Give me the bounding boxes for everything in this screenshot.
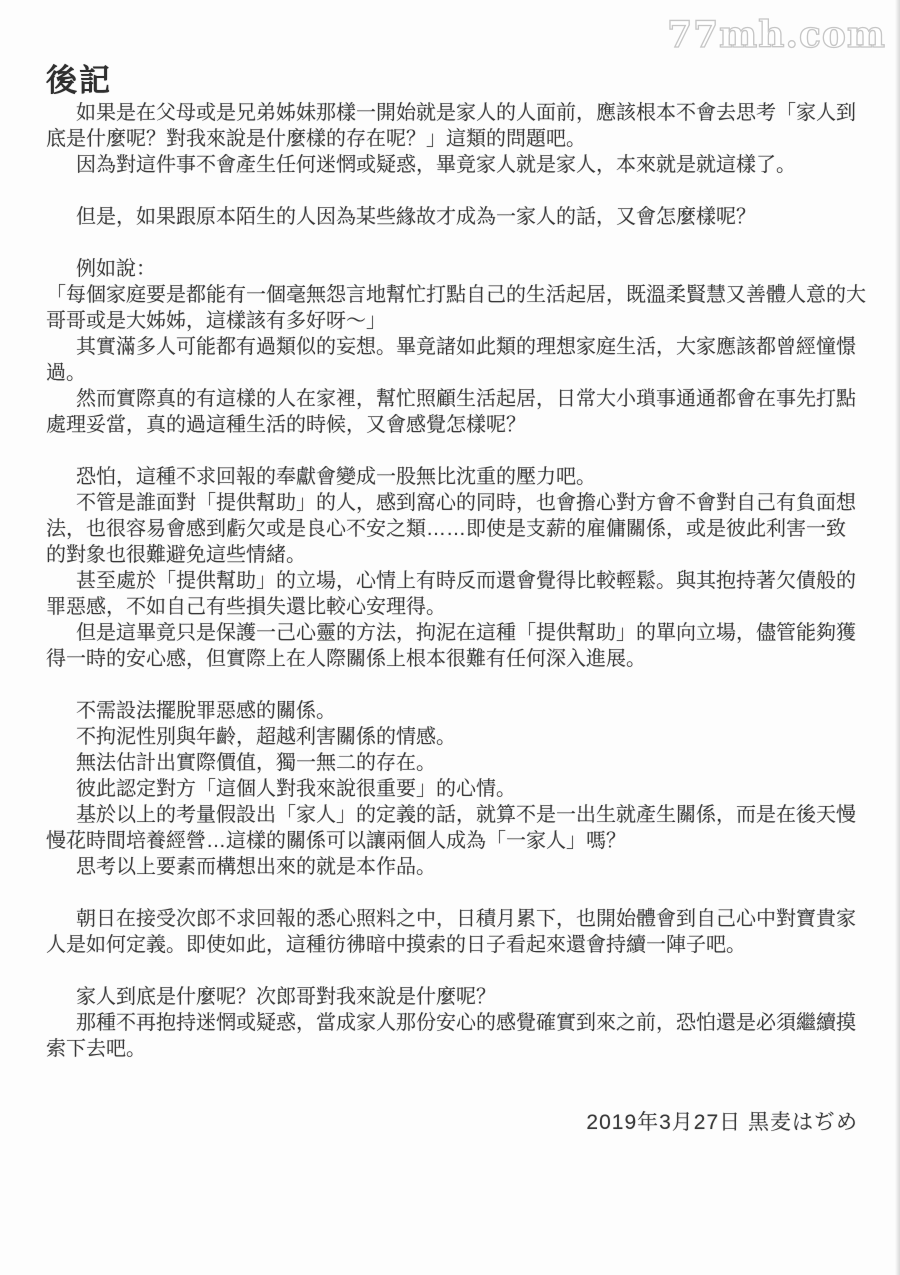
text-line: 哥哥或是大姊姊，這樣該有多好呀～」 xyxy=(46,308,864,334)
text-line: 甚至處於「提供幫助」的立場，心情上有時反而還會覺得比較輕鬆。與其抱持著欠債般的 xyxy=(46,568,864,594)
paragraph-block: 家人到底是什麼呢？次郎哥對我來說是什麼呢？那種不再抱持迷惘或疑惑，當成家人那份安… xyxy=(46,984,864,1062)
text-line: 基於以上的考量假設出「家人」的定義的話，就算不是一出生就產生關係，而是在後天慢 xyxy=(46,802,864,828)
text-line: 索下去吧。 xyxy=(46,1036,864,1062)
text-line: 得一時的安心感，但實際上在人際關係上根本很難有任何深入進展。 xyxy=(46,646,864,672)
paragraph-block: 朝日在接受次郎不求回報的悉心照料之中，日積月累下，也開始體會到自己心中對寶貴家人… xyxy=(46,906,864,958)
text-line: 朝日在接受次郎不求回報的悉心照料之中，日積月累下，也開始體會到自己心中對寶貴家 xyxy=(46,906,864,932)
text-line: 因為對這件事不會產生任何迷惘或疑惑，畢竟家人就是家人，本來就是就這樣了。 xyxy=(46,152,864,178)
text-line: 然而實際真的有這樣的人在家裡，幫忙照顧生活起居，日常大小瑣事通通都會在事先打點 xyxy=(46,386,864,412)
text-line: 處理妥當，真的過這種生活的時候，又會感覺怎樣呢？ xyxy=(46,412,864,438)
page-title: 後記 xyxy=(46,55,112,100)
paragraph-block: 恐怕，這種不求回報的奉獻會變成一股無比沈重的壓力吧。不管是誰面對「提供幫助」的人… xyxy=(46,464,864,672)
text-line: 但是這畢竟只是保護一己心靈的方法，拘泥在這種「提供幫助」的單向立場，儘管能夠獲 xyxy=(46,620,864,646)
text-line: 底是什麼呢？對我來說是什麼樣的存在呢？」這類的問題吧。 xyxy=(46,126,864,152)
text-line: 的對象也很難避免這些情緒。 xyxy=(46,542,864,568)
text-line: 人是如何定義。即使如此，這種彷彿暗中摸索的日子看起來還會持續一陣子吧。 xyxy=(46,932,864,958)
text-line: 家人到底是什麼呢？次郎哥對我來說是什麼呢？ xyxy=(46,984,864,1010)
text-blocks: 如果是在父母或是兄弟姊妹那樣一開始就是家人的人面前，應該根本不會去思考「家人到底… xyxy=(46,100,864,1088)
paragraph-block: 不需設法擺脫罪惡感的關係。不拘泥性別與年齡，超越利害關係的情感。無法估計出實際價… xyxy=(46,698,864,880)
text-line: 「每個家庭要是都能有一個毫無怨言地幫忙打點自己的生活起居，既溫柔賢慧又善體人意的… xyxy=(46,282,864,308)
signature: 2019年3月27日 黒麦はぢめ xyxy=(586,1106,858,1136)
text-line: 恐怕，這種不求回報的奉獻會變成一股無比沈重的壓力吧。 xyxy=(46,464,864,490)
text-line: 不拘泥性別與年齡，超越利害關係的情感。 xyxy=(46,724,864,750)
afterword-page: 77mh.com 後記 如果是在父母或是兄弟姊妹那樣一開始就是家人的人面前，應該… xyxy=(0,0,900,1275)
text-line: 慢花時間培養經營…這樣的關係可以讓兩個人成為「一家人」嗎？ xyxy=(46,828,864,854)
text-line: 但是，如果跟原本陌生的人因為某些緣故才成為一家人的話，又會怎麼樣呢？ xyxy=(46,204,864,230)
paragraph-block: 但是，如果跟原本陌生的人因為某些緣故才成為一家人的話，又會怎麼樣呢？ xyxy=(46,204,864,230)
text-line: 例如說： xyxy=(46,256,864,282)
text-line: 過。 xyxy=(46,360,864,386)
text-line: 罪惡感，不如自己有些損失還比較心安理得。 xyxy=(46,594,864,620)
paragraph-block: 例如說：「每個家庭要是都能有一個毫無怨言地幫忙打點自己的生活起居，既溫柔賢慧又善… xyxy=(46,256,864,438)
text-line: 不需設法擺脫罪惡感的關係。 xyxy=(46,698,864,724)
text-line: 無法估計出實際價值，獨一無二的存在。 xyxy=(46,750,864,776)
text-line: 思考以上要素而構想出來的就是本作品。 xyxy=(46,854,864,880)
text-line: 其實滿多人可能都有過類似的妄想。畢竟諸如此類的理想家庭生活，大家應該都曾經憧憬 xyxy=(46,334,864,360)
text-line: 如果是在父母或是兄弟姊妹那樣一開始就是家人的人面前，應該根本不會去思考「家人到 xyxy=(46,100,864,126)
text-line: 不管是誰面對「提供幫助」的人，感到窩心的同時，也會擔心對方會不會對自己有負面想 xyxy=(46,490,864,516)
watermark: 77mh.com xyxy=(667,14,886,56)
paragraph-block: 如果是在父母或是兄弟姊妹那樣一開始就是家人的人面前，應該根本不會去思考「家人到底… xyxy=(46,100,864,178)
text-line: 那種不再抱持迷惘或疑惑，當成家人那份安心的感覺確實到來之前，恐怕還是必須繼續摸 xyxy=(46,1010,864,1036)
text-line: 法，也很容易會感到虧欠或是良心不安之類……即使是支薪的雇傭關係，或是彼此利害一致 xyxy=(46,516,864,542)
text-line: 彼此認定對方「這個人對我來說很重要」的心情。 xyxy=(46,776,864,802)
